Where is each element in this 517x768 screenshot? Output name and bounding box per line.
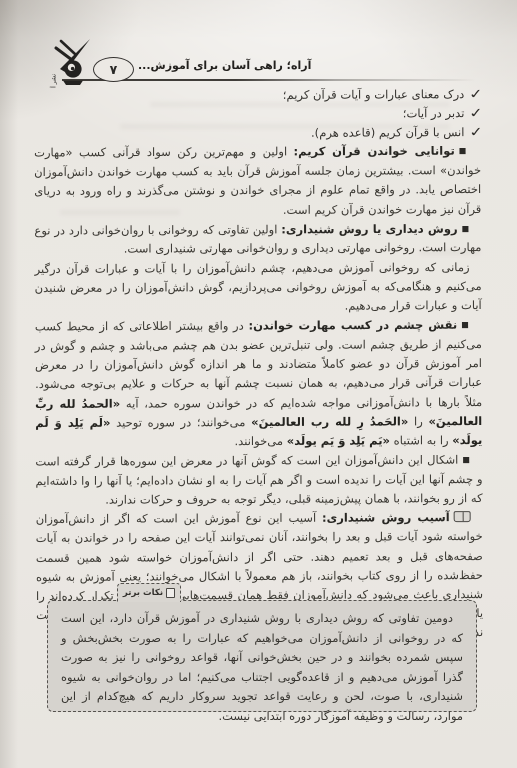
square-bullet-icon: ■ (459, 146, 469, 155)
note-box-text: دومین تفاوتی که روش دیداری با روش شنیدار… (61, 609, 463, 727)
page-body: ✓درک معنای عبارات و آیات قرآن کریم؛ ✓تدب… (34, 85, 483, 645)
paragraph-lead: آسیب روش شنیداری: (322, 510, 450, 525)
paragraph-problem: ■اشکال این دانش‌آموزان این است که گوش آن… (35, 450, 482, 510)
check-icon: ✓ (467, 85, 484, 105)
quran-verse: «یَم یَلِد وَ یَم یولَد» (287, 433, 390, 447)
list-item: ✓درک معنای عبارات و آیات قرآن کریم؛ (34, 85, 481, 106)
paragraph-text: اشکال این دانش‌آموزان این است که گوش آنه… (35, 453, 482, 507)
paragraph-visual-vs-auditory: ■روش دیداری یا روش شنیداری: اولین تفاوتی… (34, 219, 481, 260)
paragraph-lead: نقش چشم در کسب مهارت خواندن: (248, 318, 457, 333)
paragraph-lead: توانایی خواندن قرآن کریم: (293, 144, 454, 159)
publisher-logo-icon: نشر آراه (48, 36, 94, 88)
note-page-icon (166, 588, 175, 598)
paragraph-text: زمانی که روخوانی آموزش می‌دهیم، چشم دانش… (35, 260, 482, 313)
running-head-title: آراه؛ راهی آسان برای آموزش... (138, 59, 311, 72)
check-icon: ✓ (467, 103, 484, 123)
page-number-badge: ۷ (93, 57, 134, 82)
note-box: دومین تفاوتی که روش دیداری با روش شنیدار… (47, 600, 477, 712)
checklist-text: درک معنای عبارات و آیات قرآن کریم؛ (283, 87, 465, 102)
paragraph-eye-role: ■نقش چشم در کسب مهارت خواندن: در واقع بی… (35, 315, 483, 452)
square-bullet-icon: ■ (462, 224, 470, 233)
note-box-tab: نکات برتر (117, 583, 181, 602)
paragraph-text: می‌خوانند؛ در سوره توحید (110, 415, 251, 430)
book-page: نشر آراه ۷ آراه؛ راهی آسان برای آموزش...… (0, 0, 517, 768)
paragraph-text: را (408, 414, 428, 428)
square-bullet-icon: ■ (462, 455, 470, 464)
page-number: ۷ (110, 62, 118, 77)
square-bullet-icon: ■ (461, 320, 470, 329)
note-tab-label: نکات برتر (123, 588, 163, 598)
check-icon: ✓ (467, 122, 484, 142)
list-item: ✓انس با قرآن کریم (قاعده هرم). (34, 123, 481, 144)
quran-verse: «الحَمدُ رِ لله رب العالمینَ» (251, 414, 408, 429)
checklist-text: تدبر در آیات؛ (403, 106, 465, 120)
logo-text: نشر آراه (49, 74, 58, 88)
paragraph-lead: روش دیداری یا روش شنیداری: (281, 221, 457, 236)
open-book-icon (454, 511, 471, 522)
paragraph-when-teaching: زمانی که روخوانی آموزش می‌دهیم، چشم دانش… (35, 258, 482, 318)
list-item: ✓تدبر در آیات؛ (34, 104, 481, 125)
paragraph-text: را به اشتباه (390, 433, 452, 447)
paragraph-reading-ability: ■توانایی خواندن قرآن کریم: اولین و مهم‌ت… (34, 141, 481, 220)
checklist-text: انس با قرآن کریم (قاعده هرم). (311, 125, 465, 140)
paragraph-text: می‌خوانند. (234, 434, 286, 448)
